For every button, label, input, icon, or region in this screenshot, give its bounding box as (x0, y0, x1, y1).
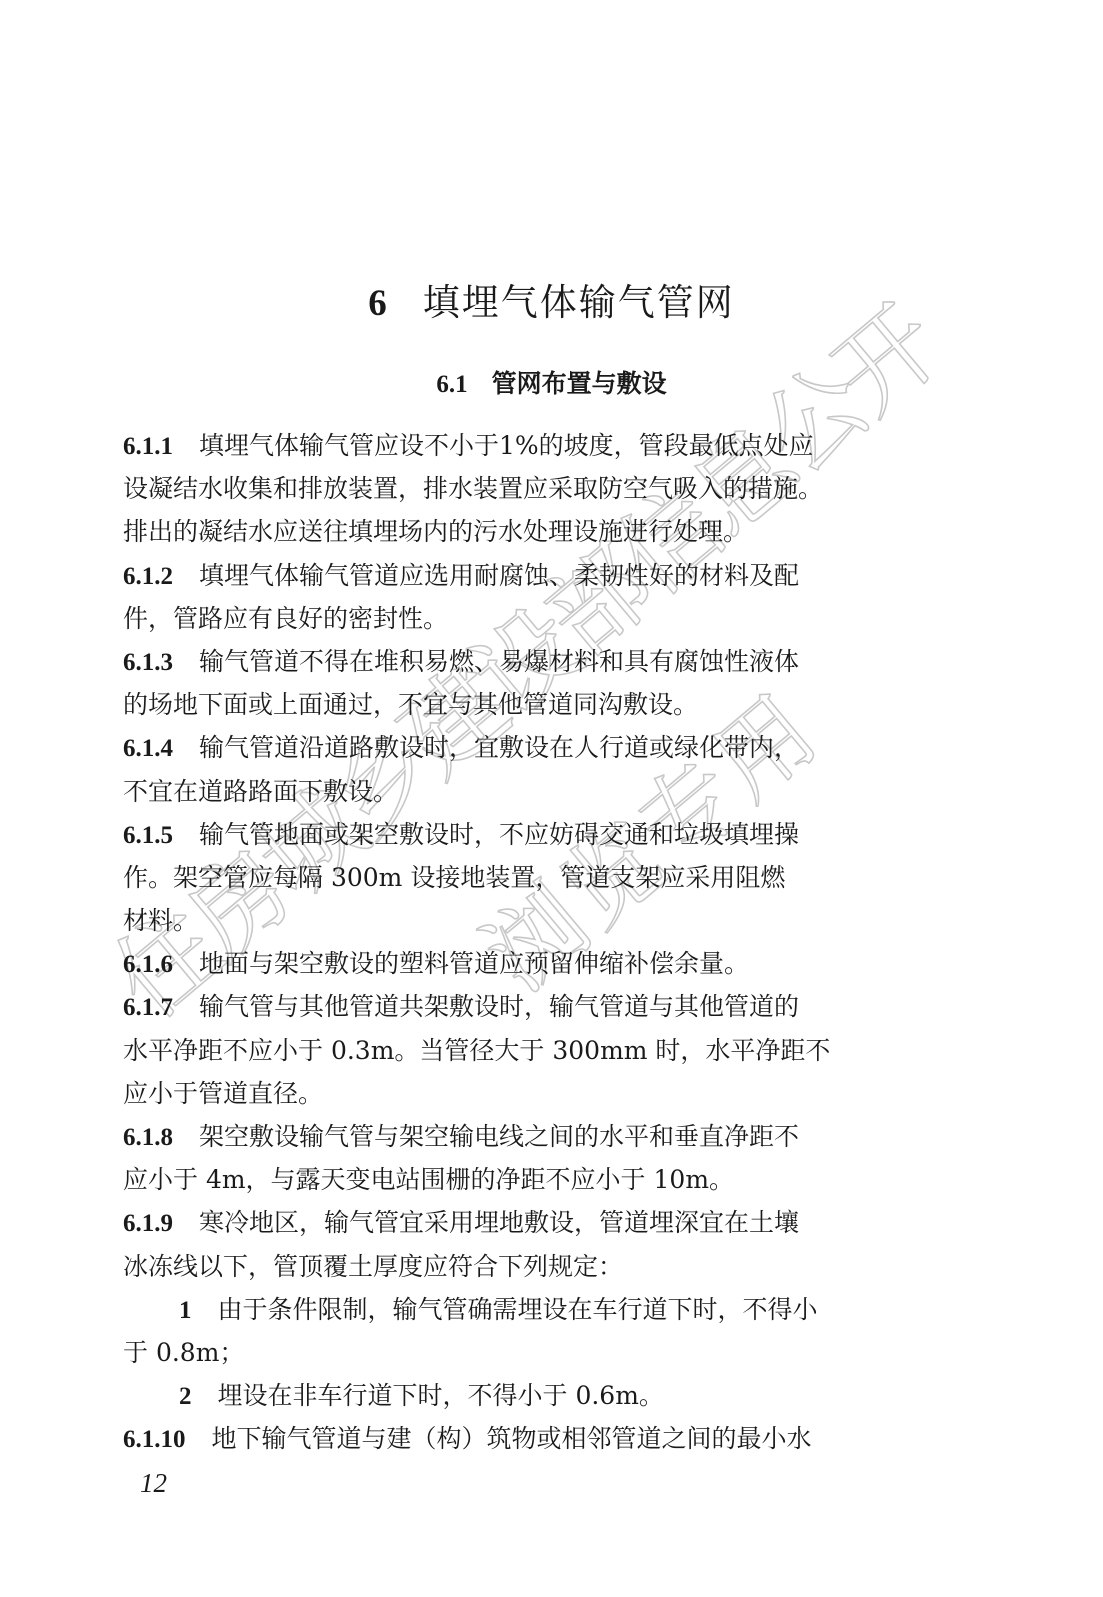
clause-line: 6.1.10地下输气管道与建（构）筑物或相邻管道之间的最小水 (123, 1417, 923, 1460)
page-number: 12 (140, 1468, 167, 1499)
clause-line: 作。架空管应每隔 300m 设接地装置，管道支架应采用阻燃 (123, 856, 923, 899)
clause-line: 6.1.5输气管地面或架空敷设时，不应妨碍交通和垃圾填埋操 (123, 813, 923, 856)
clause-number: 6.1.7 (123, 994, 173, 1021)
chapter-number: 6 (368, 283, 389, 324)
document-page: 住房城乡建设部信息公开 浏览专用 6填埋气体输气管网 6.1管网布置与敷设 6.… (0, 0, 1103, 1597)
clause-line: 水平净距不应小于 0.3m。当管径大于 300mm 时，水平净距不 (123, 1029, 923, 1072)
clause-number: 6.1.6 (123, 951, 173, 978)
clause-line: 的场地下面或上面通过，不宜与其他管道同沟敷设。 (123, 683, 923, 726)
item-number: 1 (179, 1297, 192, 1324)
clause-line: 6.1.9寒冷地区，输气管宜采用埋地敷设，管道埋深宜在土壤 (123, 1201, 923, 1244)
clause-line: 应小于 4m，与露天变电站围栅的净距不应小于 10m。 (123, 1158, 923, 1201)
clause-number: 6.1.10 (123, 1426, 186, 1453)
clause-line: 6.1.2填埋气体输气管道应选用耐腐蚀、柔韧性好的材料及配 (123, 554, 923, 597)
clause-line: 6.1.1填埋气体输气管应设不小于1%的坡度，管段最低点处应 (123, 424, 923, 467)
list-item-line: 于 0.8m； (123, 1331, 923, 1374)
clause-line: 材料。 (123, 899, 923, 942)
clause-line: 6.1.7输气管与其他管道共架敷设时，输气管道与其他管道的 (123, 985, 923, 1028)
clause-number: 6.1.9 (123, 1210, 173, 1237)
clause-line: 件，管路应有良好的密封性。 (123, 597, 923, 640)
clause-number: 6.1.1 (123, 433, 173, 460)
clause-number: 6.1.4 (123, 735, 173, 762)
section-title-text: 管网布置与敷设 (492, 369, 667, 398)
list-item: 2埋设在非车行道下时，不得小于 0.6m。 (123, 1374, 923, 1417)
clause-line: 不宜在道路路面下敷设。 (123, 770, 923, 813)
clause-line: 应小于管道直径。 (123, 1072, 923, 1115)
clause-line: 排出的凝结水应送往填埋场内的污水处理设施进行处理。 (123, 510, 923, 553)
clause-line: 6.1.6地面与架空敷设的塑料管道应预留伸缩补偿余量。 (123, 942, 923, 985)
chapter-title: 6填埋气体输气管网 (0, 272, 1103, 326)
clause-line: 6.1.3输气管道不得在堆积易燃、易爆材料和具有腐蚀性液体 (123, 640, 923, 683)
clause-line: 冰冻线以下，管顶覆土厚度应符合下列规定： (123, 1245, 923, 1288)
clause-line: 设凝结水收集和排放装置，排水装置应采取防空气吸入的措施。 (123, 467, 923, 510)
section-title: 6.1管网布置与敷设 (0, 364, 1103, 400)
body-text: 6.1.1填埋气体输气管应设不小于1%的坡度，管段最低点处应 设凝结水收集和排放… (123, 424, 923, 1461)
item-number: 2 (179, 1383, 192, 1410)
clause-line: 6.1.4输气管道沿道路敷设时，宜敷设在人行道或绿化带内， (123, 726, 923, 769)
clause-number: 6.1.2 (123, 563, 173, 590)
clause-number: 6.1.5 (123, 822, 173, 849)
clause-number: 6.1.3 (123, 649, 173, 676)
section-number: 6.1 (436, 371, 467, 398)
clause-number: 6.1.8 (123, 1124, 173, 1151)
list-item: 1由于条件限制，输气管确需埋设在车行道下时，不得小 (123, 1288, 923, 1331)
chapter-title-text: 填埋气体输气管网 (423, 281, 735, 324)
clause-line: 6.1.8架空敷设输气管与架空输电线之间的水平和垂直净距不 (123, 1115, 923, 1158)
